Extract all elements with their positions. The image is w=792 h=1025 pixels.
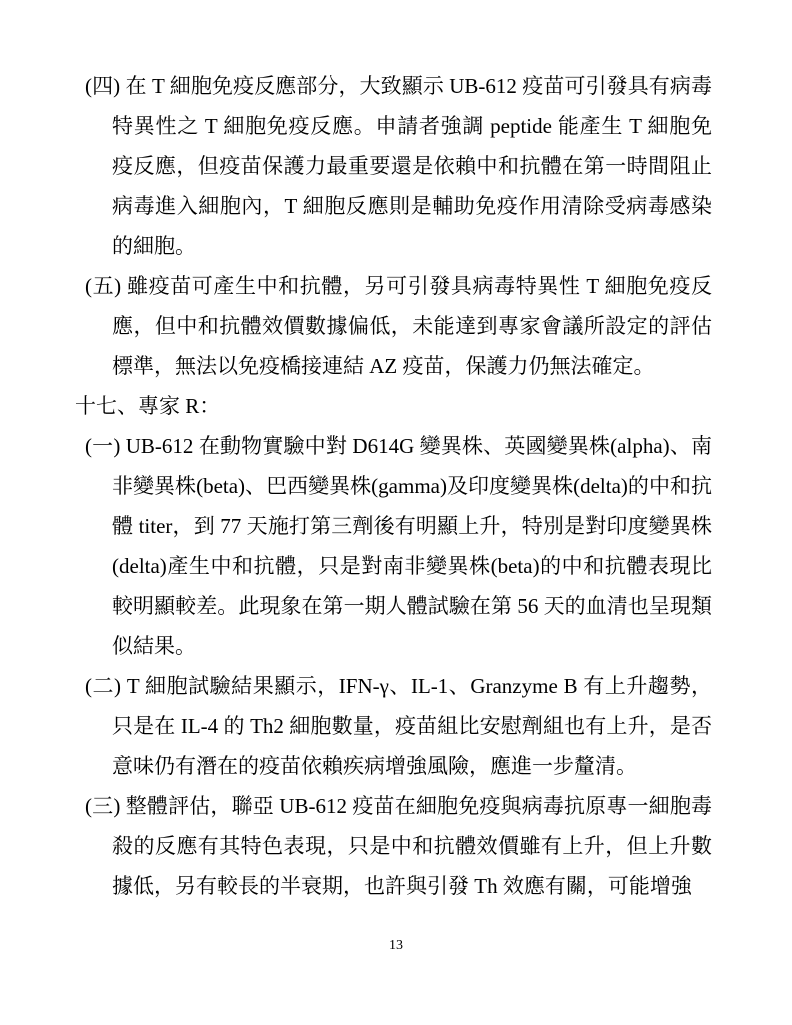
item-label: (二) xyxy=(85,674,121,698)
list-item: (一) UB-612 在動物實驗中對 D614G 變異株、英國變異株(alpha… xyxy=(112,426,712,666)
item-label: (三) xyxy=(85,794,120,818)
list-item: (三) 整體評估，聯亞 UB-612 疫苗在細胞免疫與病毒抗原專一細胞毒殺的反應… xyxy=(112,786,712,906)
item-label: (一) xyxy=(85,434,120,458)
item-text: T 細胞試驗結果顯示，IFN-γ、IL-1、Granzyme B 有上升趨勢，只… xyxy=(112,674,712,778)
document-page: (四) 在 T 細胞免疫反應部分，大致顯示 UB-612 疫苗可引發具有病毒特異… xyxy=(0,0,792,1025)
item-text: UB-612 在動物實驗中對 D614G 變異株、英國變異株(alpha)、南非… xyxy=(112,434,712,658)
item-text: 在 T 細胞免疫反應部分，大致顯示 UB-612 疫苗可引發具有病毒特異性之 T… xyxy=(112,74,712,258)
list-item: (四) 在 T 細胞免疫反應部分，大致顯示 UB-612 疫苗可引發具有病毒特異… xyxy=(112,66,712,266)
item-label: (四) xyxy=(85,74,120,98)
page-number: 13 xyxy=(0,936,792,956)
item-text: 雖疫苗可產生中和抗體，另可引發具病毒特異性 T 細胞免疫反應，但中和抗體效價數據… xyxy=(112,274,712,378)
page-content: (四) 在 T 細胞免疫反應部分，大致顯示 UB-612 疫苗可引發具有病毒特異… xyxy=(0,66,712,906)
list-item: (五) 雖疫苗可產生中和抗體，另可引發具病毒特異性 T 細胞免疫反應，但中和抗體… xyxy=(112,266,712,386)
list-item: (二) T 細胞試驗結果顯示，IFN-γ、IL-1、Granzyme B 有上升… xyxy=(112,666,712,786)
item-text: 整體評估，聯亞 UB-612 疫苗在細胞免疫與病毒抗原專一細胞毒殺的反應有其特色… xyxy=(112,794,712,898)
item-label: (五) xyxy=(85,274,121,298)
section-heading: 十七、專家 R： xyxy=(75,386,712,426)
